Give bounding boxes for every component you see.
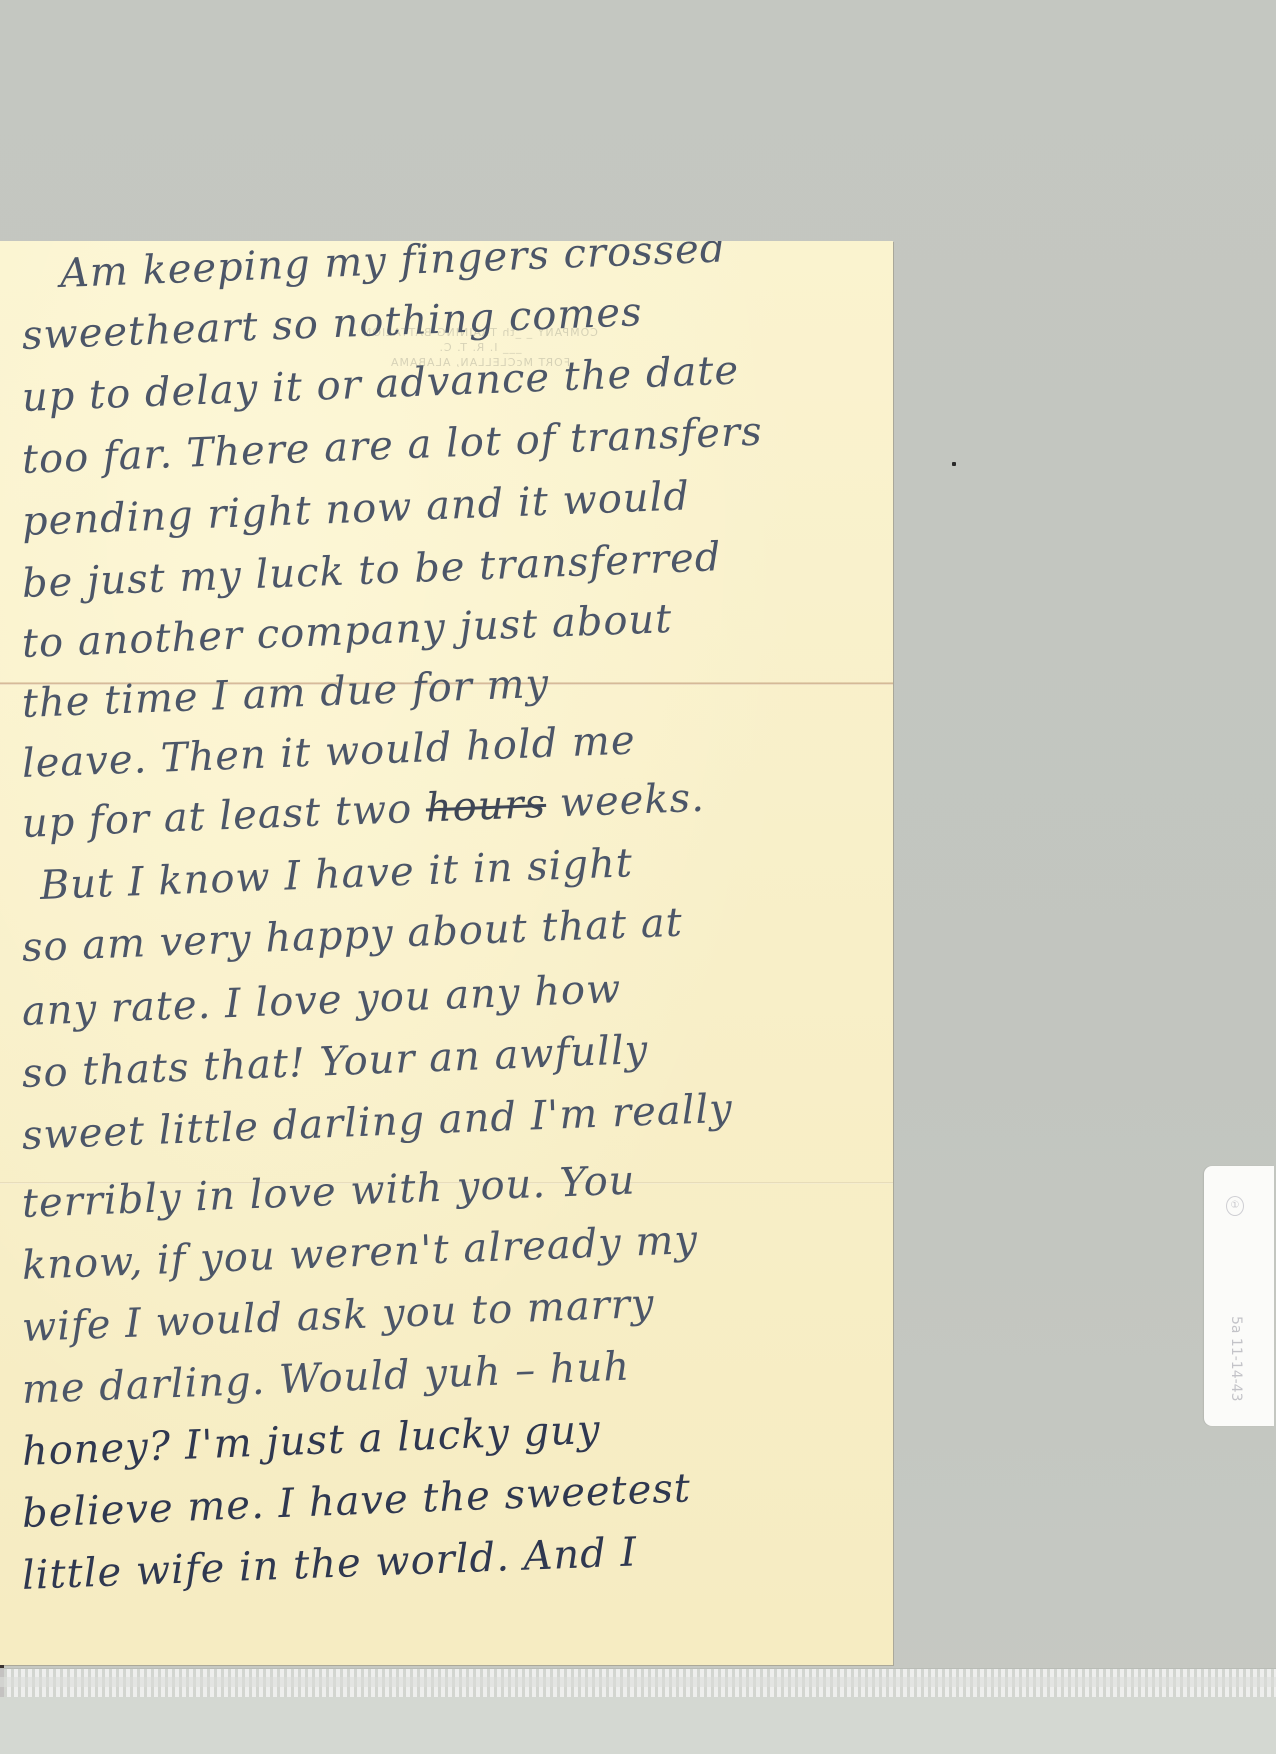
handwritten-line: the time I am due for my [21, 661, 550, 727]
handwritten-line-with-strikethrough: up for at least two hours weeks. [21, 775, 705, 847]
letter-page: COMPANY _ _th TRAINING BATTALION ___ I. … [0, 241, 893, 1665]
handwritten-line: little wife in the world. And I [21, 1529, 638, 1599]
handwritten-line: any rate. I love you any how [21, 966, 622, 1035]
handwritten-line: believe me. I have the sweetest [21, 1465, 692, 1537]
handwritten-line: But I know I have it in sight [39, 840, 634, 909]
tab-number-mark: ① [1226, 1196, 1244, 1216]
handwritten-line: leave. Then it would hold me [21, 717, 636, 787]
sleeve-seal-strip [0, 1668, 1276, 1698]
scan-speck [952, 462, 956, 466]
handwritten-line: honey? I'm just a lucky guy [21, 1407, 601, 1475]
handwritten-line: to another company just about [21, 596, 673, 667]
line-text: up for at least two [21, 786, 427, 847]
handwritten-line: terribly in love with you. You [21, 1157, 636, 1227]
handwritten-line: be just my luck to be transferred [21, 534, 722, 607]
handwritten-line: know, if you weren't already my [21, 1217, 699, 1289]
sleeve-lower-area [0, 1697, 1276, 1754]
handwritten-line: so am very happy about that at [21, 900, 683, 971]
tab-pencil-note: 5a 11-14-43 [1228, 1316, 1244, 1401]
handwritten-line: wife I would ask you to marry [21, 1281, 655, 1351]
handwritten-line: me darling. Would yuh – huh [21, 1344, 631, 1413]
handwritten-line: pending right now and it would [21, 473, 691, 545]
handwritten-line: Am keeping my fingers crossed [59, 241, 727, 297]
line-text: weeks. [545, 775, 705, 827]
handwritten-line: so thats that! Your an awfully [21, 1027, 649, 1097]
struck-word: hours [425, 781, 547, 832]
handwritten-line: too far. There are a lot of transfers [21, 409, 763, 483]
handwritten-line: sweet little darling and I'm really [21, 1086, 733, 1159]
sleeve-index-tab: ① 5a 11-14-43 [1204, 1166, 1274, 1426]
